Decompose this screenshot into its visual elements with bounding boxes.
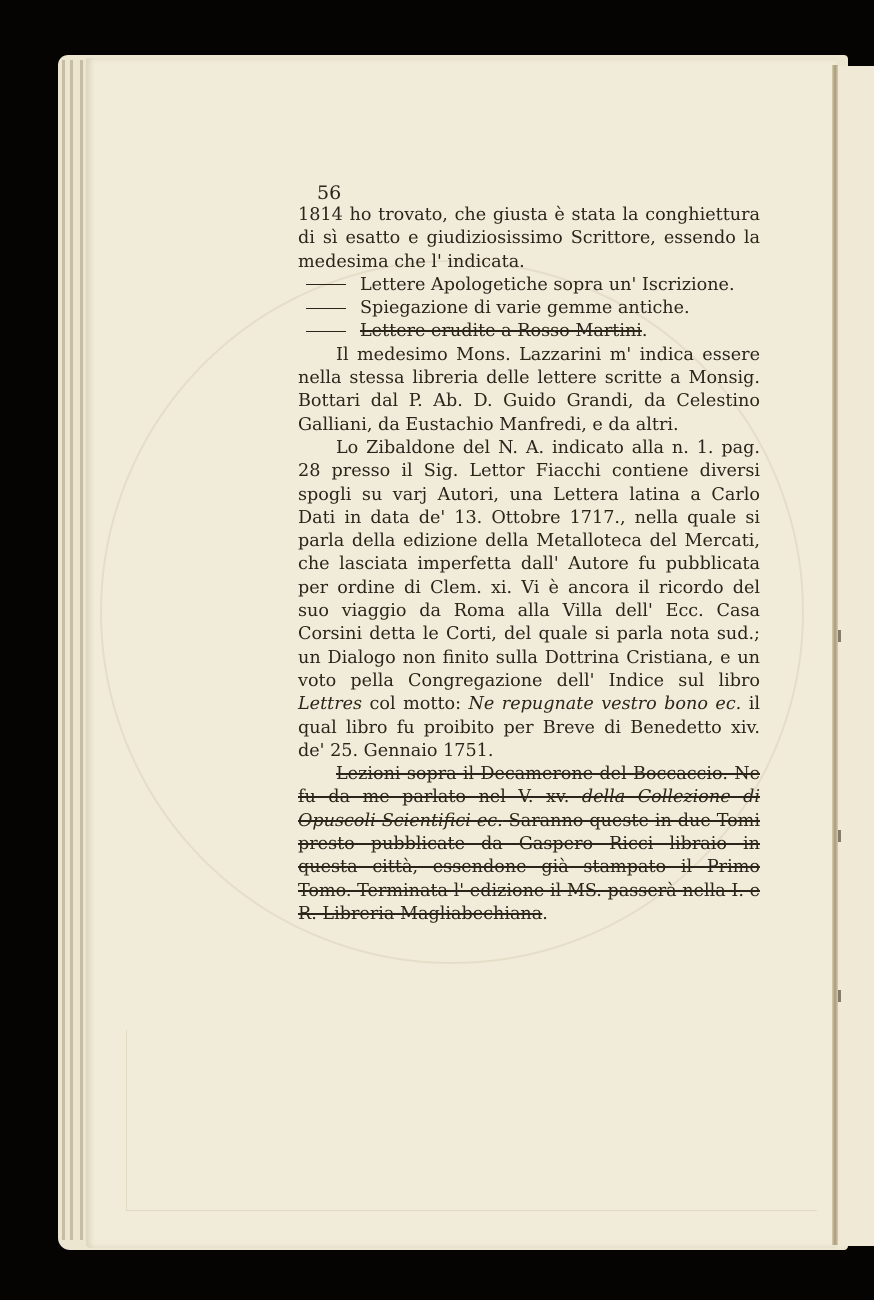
dash-entry-gemme: Spiegazione di varie gemme antiche. (298, 297, 760, 320)
italic-title: Lettres (298, 694, 362, 714)
paragraph-lazzarini: Il medesimo Mons. Lazzarini m' indica es… (298, 344, 760, 437)
margin-mark (838, 830, 841, 842)
dash-entry-apologetiche: Lettere Apologetiche sopra un' Iscrizion… (298, 274, 760, 297)
margin-mark (838, 990, 841, 1002)
page-edge-line (80, 60, 83, 1240)
italic-motto: Ne repugnate vestro bono ec. (469, 694, 742, 714)
paragraph-lezioni-struck: Lezioni sopra il Decamerone del Boccacci… (298, 763, 760, 926)
page-edge-line (70, 60, 73, 1240)
em-dash (306, 308, 346, 309)
paragraph-continuation: 1814 ho trovato, che giusta è stata la c… (298, 204, 760, 274)
em-dash (306, 284, 346, 285)
em-dash (306, 331, 346, 332)
page-text: 56 1814 ho trovato, che giusta è stata l… (298, 182, 760, 926)
paragraph-zibaldone: Lo Zibaldone del N. A. indicato alla n. … (298, 437, 760, 763)
paper-platemark (126, 1030, 817, 1211)
page-edge-line (62, 60, 65, 1240)
facing-page-edge (838, 66, 874, 1246)
struck-text: Lettere erudite a Rosso Martini (360, 321, 642, 341)
margin-mark (838, 630, 841, 642)
dash-entry-struck: Lettere erudite a Rosso Martini. (298, 320, 760, 343)
page-number: 56 (317, 182, 760, 204)
